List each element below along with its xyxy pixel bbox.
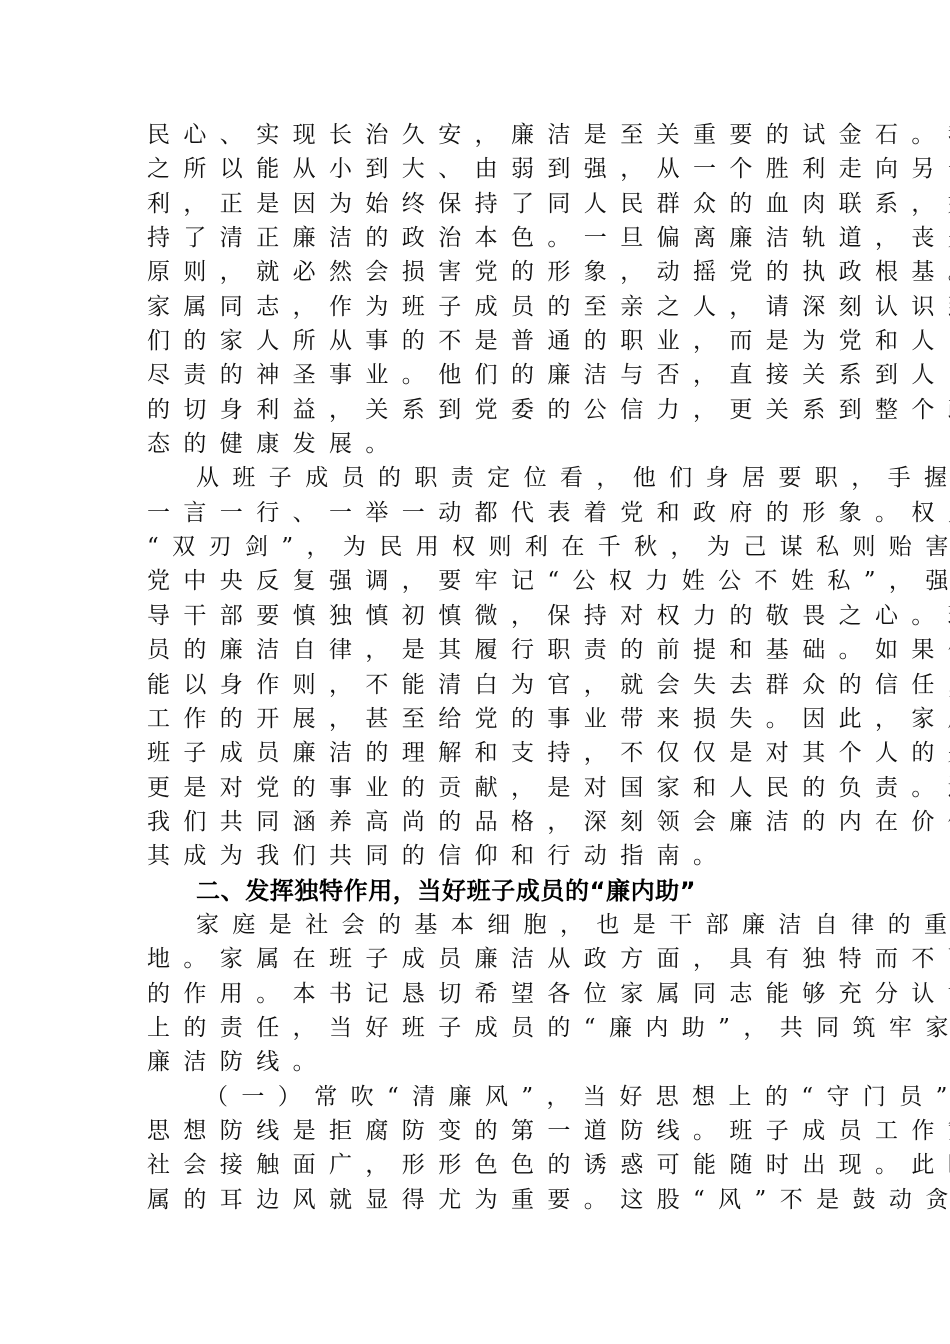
paragraph-family-role: 家庭是社会的基本细胞，也是干部廉洁自律的重要阵 地。家属在班子成员廉洁从政方面，…	[147, 908, 827, 1080]
paragraph-member-duties: 从班子成员的职责定位看，他们身居要职，手握公权， 一言一行、一举一动都代表着党和…	[147, 461, 827, 873]
text-line: 尽责的神圣事业。他们的廉洁与否，直接关系到人民群众	[147, 358, 827, 392]
document-page: 民心、实现长治久安，廉洁是至关重要的试金石。我们党 之所以能从小到大、由弱到强，…	[0, 0, 950, 1344]
paragraph-subsection-one: （一）常吹“清廉风”，当好思想上的“守门员”。 思想防线是拒腐防变的第一道防线。…	[147, 1080, 827, 1217]
text-line: 地。家属在班子成员廉洁从政方面，具有独特而不可替代	[147, 942, 827, 976]
text-line: 班子成员廉洁的理解和支持，不仅仅是对其个人的关爱，	[147, 736, 827, 770]
text-line: 们的家人所从事的不是普通的职业，而是为党和人民履职	[147, 324, 827, 358]
text-line: 之所以能从小到大、由弱到强，从一个胜利走向另一个胜	[147, 152, 827, 186]
paragraph-party-integrity: 民心、实现长治久安，廉洁是至关重要的试金石。我们党 之所以能从小到大、由弱到强，…	[147, 118, 827, 461]
text-line: 工作的开展，甚至给党的事业带来损失。因此，家属们对	[147, 702, 827, 736]
text-line: 的切身利益，关系到党委的公信力，更关系到整个政治生	[147, 393, 827, 427]
text-line: 原则，就必然会损害党的形象，动摇党的执政根基。各位	[147, 255, 827, 289]
text-line: 员的廉洁自律，是其履行职责的前提和基础。如果他们不	[147, 633, 827, 667]
text-line: 思想防线是拒腐防变的第一道防线。班子成员工作繁忙，	[147, 1114, 827, 1148]
text-line: 持了清正廉洁的政治本色。一旦偏离廉洁轨道，丧失党性	[147, 221, 827, 255]
text-line: 利，正是因为始终保持了同人民群众的血肉联系，始终保	[147, 187, 827, 221]
text-line: 家属同志，作为班子成员的至亲之人，请深刻认识到，你	[147, 290, 827, 324]
text-line: 党中央反复强调，要牢记“公权力姓公不姓私”，强调领	[147, 564, 827, 598]
text-line: 上的责任，当好班子成员的“廉内助”，共同筑牢家庭的	[147, 1011, 827, 1045]
text-line: 民心、实现长治久安，廉洁是至关重要的试金石。我们党	[147, 118, 827, 152]
text-line: 能以身作则，不能清白为官，就会失去群众的信任，影响	[147, 668, 827, 702]
text-line: 其成为我们共同的信仰和行动指南。	[147, 839, 827, 873]
text-line: 一言一行、一举一动都代表着党和政府的形象。权力是把	[147, 496, 827, 530]
document-body: 民心、实现长治久安，廉洁是至关重要的试金石。我们党 之所以能从小到大、由弱到强，…	[147, 118, 827, 1217]
text-line: 社会接触面广，形形色色的诱惑可能随时出现。此时，家	[147, 1148, 827, 1182]
section-heading: 二、发挥独特作用，当好班子成员的“廉内助”	[147, 874, 827, 908]
text-line: 导干部要慎独慎初慎微，保持对权力的敬畏之心。班子成	[147, 599, 827, 633]
text-line: 廉洁防线。	[147, 1045, 827, 1079]
text-line: 我们共同涵养高尚的品格，深刻领会廉洁的内在价值，使	[147, 805, 827, 839]
text-line: 更是对党的事业的贡献，是对国家和人民的负责。这需要	[147, 771, 827, 805]
text-line: 属的耳边风就显得尤为重要。这股“风”不是鼓动贪欲的	[147, 1183, 827, 1217]
subsection-heading: （一）常吹“清廉风”，当好思想上的“守门员”。	[147, 1080, 827, 1114]
text-line: 态的健康发展。	[147, 427, 827, 461]
text-line: 家庭是社会的基本细胞，也是干部廉洁自律的重要阵	[147, 908, 827, 942]
text-line: 的作用。本书记恳切希望各位家属同志能够充分认识到肩	[147, 977, 827, 1011]
text-line: “双刃剑”，为民用权则利在千秋，为己谋私则贻害无穷	[147, 530, 827, 564]
text-line: 从班子成员的职责定位看，他们身居要职，手握公权，	[147, 461, 827, 495]
